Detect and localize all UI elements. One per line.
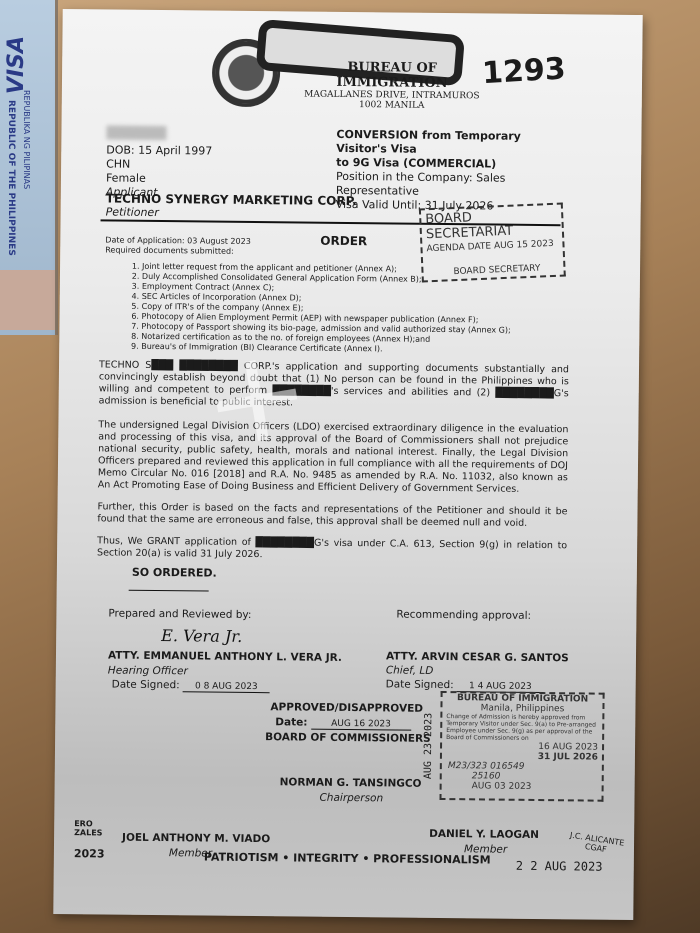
left-cut-line: ERO: [74, 819, 105, 828]
applicant-nationality: CHN: [106, 157, 212, 172]
required-documents-label: Required documents submitted:: [105, 245, 251, 257]
board-of-commissioners: BOARD OF COMMISSIONERS: [265, 731, 431, 745]
recommender-title: Chief, LD: [386, 664, 434, 676]
recommending-label: Recommending approval:: [396, 609, 531, 622]
paragraph-grant: Thus, We GRANT application of ████████G'…: [97, 535, 567, 564]
date-signed-value: 0 8 AUG 2023: [183, 681, 270, 693]
agency-name: BUREAU OF IMMIGRATION: [292, 59, 492, 91]
visa-label: VISA: [4, 36, 29, 94]
side-date-stamp: AUG 23 2023: [423, 713, 435, 779]
paragraph-diligence: The undersigned Legal Division Officers …: [98, 419, 569, 496]
approval-label: APPROVED/DISAPPROVED: [270, 701, 423, 715]
final-date-stamp: 2 2 AUG 2023: [516, 859, 603, 874]
date-signed-label: Date Signed:: [112, 679, 180, 692]
member1-name: JOEL ANTHONY M. VIADO: [122, 832, 270, 846]
recommender-name: ATTY. ARVIN CESAR G. SANTOS: [386, 650, 569, 664]
stamp-or-number: M23/323 016549: [442, 761, 602, 773]
conversion-info: CONVERSION from Temporary Visitor's Visa…: [336, 128, 557, 214]
preparer-title: Hearing Officer: [108, 664, 188, 677]
approval-date-label: Date:: [275, 716, 307, 728]
chair-name: NORMAN G. TANSINGCO: [280, 776, 422, 789]
order-title: ORDER: [320, 234, 367, 248]
alicante-initial: J.C. ALICANTE CGAF: [568, 831, 625, 857]
conversion-position: Position in the Company: Sales Represent…: [336, 170, 556, 200]
letterhead: BUREAU OF IMMIGRATION MAGALLANES DRIVE, …: [292, 59, 493, 111]
member2-name: DANIEL Y. LAOGAN: [429, 828, 539, 841]
motto: PATRIOTISM • INTEGRITY • PROFESSIONALISM: [204, 851, 491, 867]
preparer-signature: E. Vera Jr.: [161, 626, 242, 646]
republic-english: REPUBLIC OF THE PHILIPPINES: [6, 100, 16, 256]
immigration-order-document: BUREAU OF IMMIGRATION MAGALLANES DRIVE, …: [53, 9, 642, 920]
passport-band: [0, 270, 55, 330]
left-cut-line: ZALES: [74, 828, 105, 837]
address-line-2: 1002 MANILA: [292, 99, 492, 111]
required-documents-list: Joint letter request from the applicant …: [129, 262, 511, 356]
application-meta: Date of Application: 03 August 2023 Requ…: [105, 235, 251, 257]
petitioner: TECHNO SYNERGY MARKETING CORP. Petitione…: [106, 191, 357, 221]
so-ordered: SO ORDERED.: [132, 566, 217, 580]
handwritten-number: 1293: [481, 51, 566, 91]
date-signed-label: Date Signed:: [386, 678, 454, 691]
applicant-info: DOB: 15 April 1997 CHN Female Applicant: [106, 125, 213, 200]
chair-title: Chairperson: [319, 792, 383, 805]
left-cut-text: ERO ZALES 2023: [74, 819, 105, 860]
preparer-name: ATTY. EMMANUEL ANTHONY L. VERA JR.: [108, 649, 342, 663]
preparer-date: Date Signed: 0 8 AUG 2023: [112, 679, 270, 693]
stamp-date: AUG 03 2023: [442, 781, 602, 793]
passport-visa-page: VISA REPUBLIKA NG PILIPINAS REPUBLIC OF …: [0, 0, 58, 335]
prepared-label: Prepared and Reviewed by:: [108, 607, 251, 620]
approval-stamp: BUREAU OF IMMIGRATION Manila, Philippine…: [439, 691, 604, 802]
left-cut-line: 2023: [74, 847, 105, 860]
approval-date-value: AUG 16 2023: [311, 719, 411, 731]
republic-tagalog: REPUBLIKA NG PILIPINAS: [22, 90, 31, 189]
applicant-dob: DOB: 15 April 1997: [106, 143, 212, 158]
recommender-date: Date Signed: 1 4 AUG 2023: [386, 678, 544, 692]
paragraph-representations: Further, this Order is based on the fact…: [97, 501, 567, 530]
so-ordered-rule: [129, 590, 209, 592]
conversion-line-1: CONVERSION from Temporary Visitor's Visa: [336, 128, 556, 158]
approval-date: Date: AUG 16 2023: [275, 716, 411, 729]
redacted-name: [106, 125, 166, 140]
applicant-sex: Female: [106, 171, 212, 186]
petitioner-role: Petitioner: [106, 205, 357, 221]
